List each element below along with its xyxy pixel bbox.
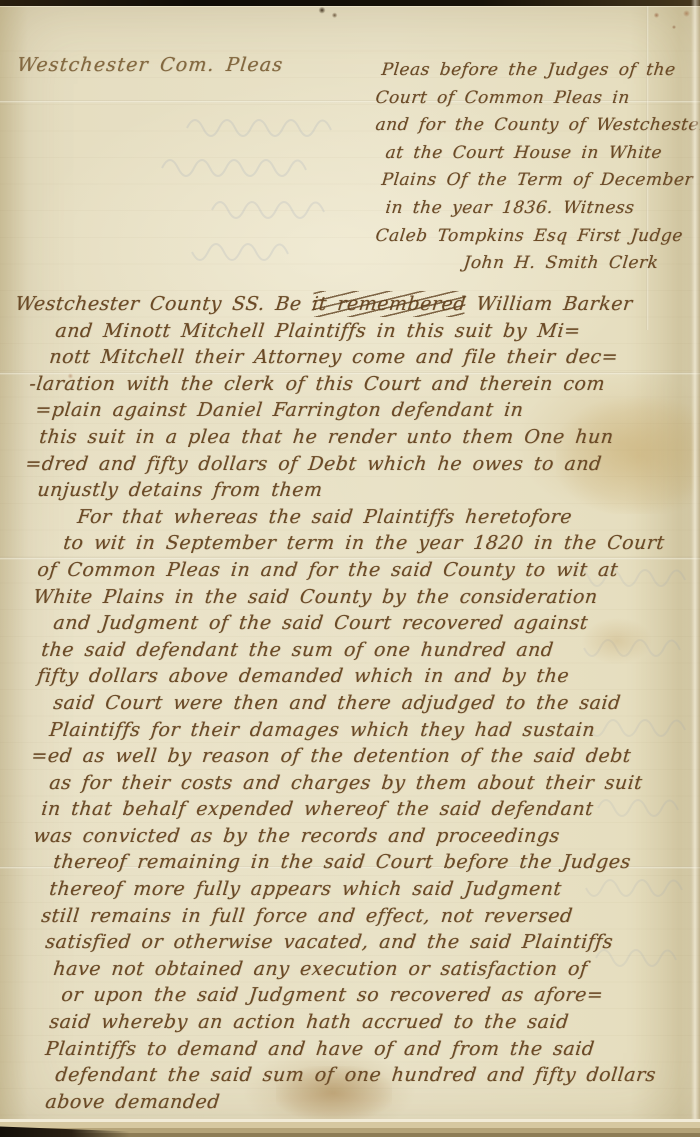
manuscript-line: Plaintiffs for their damages which they …	[14, 717, 700, 744]
photo-top-edge	[0, 0, 700, 6]
manuscript-line: White Plains in the said County by the c…	[14, 584, 700, 611]
manuscript-line: thereof more fully appears which said Ju…	[14, 876, 700, 903]
manuscript-line: said Court were then and there adjudged …	[14, 690, 700, 717]
manuscript-line: this suit in a plea that he render unto …	[14, 424, 700, 451]
manuscript-line: For that whereas the said Plaintiffs her…	[14, 504, 700, 531]
manuscript-line: was convicted as by the records and proc…	[14, 823, 700, 850]
manuscript-line: and for the County of Westchester	[374, 112, 699, 140]
manuscript-line: nott Mitchell their Attorney come and fi…	[14, 344, 700, 371]
manuscript-line: Pleas before the Judges of the	[374, 57, 699, 85]
manuscript-line: satisfied or otherwise vacated, and the …	[14, 929, 700, 956]
manuscript-line: Plaintiffs to demand and have of and fro…	[14, 1036, 700, 1063]
crossed-out-text: it remembered	[311, 293, 467, 315]
line-text: William Barker	[465, 293, 634, 315]
manuscript-line: Caleb Tompkins Esq First Judge	[374, 223, 699, 251]
declaration-body: Westchester County SS. Be it remembered …	[14, 291, 700, 1115]
docket-title: Westchester Com. Pleas	[16, 54, 284, 76]
manuscript-line: in that behalf expended whereof the said…	[14, 796, 700, 823]
manuscript-line: and Minott Mitchell Plaintiffs in this s…	[14, 318, 700, 345]
manuscript-line: fifty dollars above demanded which in an…	[14, 663, 700, 690]
manuscript-line: Westchester County SS. Be it remembered …	[14, 291, 700, 318]
rust-stain	[644, 5, 694, 39]
page-right-edge	[691, 0, 700, 1137]
manuscript-line: and Judgment of the said Court recovered…	[14, 610, 700, 637]
manuscript-line: Court of Common Pleas in	[374, 85, 699, 113]
manuscript-line: at the Court House in White	[374, 140, 699, 168]
manuscript-page: Westchester Com. Pleas Pleas before the …	[0, 0, 700, 1137]
bleed-through-writing	[36, 108, 336, 282]
manuscript-line: Plains Of the Term of December	[374, 167, 699, 195]
manuscript-line: above demanded	[14, 1089, 700, 1116]
line-text: Westchester County SS. Be	[14, 293, 313, 315]
manuscript-line: unjustly detains from them	[14, 477, 700, 504]
manuscript-line: =dred and fifty dollars of Debt which he…	[14, 451, 700, 478]
manuscript-line: to wit in September term in the year 182…	[14, 530, 700, 557]
manuscript-line: of Common Pleas in and for the said Coun…	[14, 557, 700, 584]
manuscript-line: John H. Smith Clerk	[374, 250, 699, 278]
manuscript-line: =plain against Daniel Farrington defenda…	[14, 397, 700, 424]
manuscript-line: as for their costs and charges by them a…	[14, 770, 700, 797]
manuscript-line: or upon the said Judgment so recovered a…	[14, 982, 700, 1009]
manuscript-line: thereof remaining in the said Court befo…	[14, 849, 700, 876]
caption-block: Pleas before the Judges of theCourt of C…	[374, 57, 696, 278]
manuscript-line: -laration with the clerk of this Court a…	[14, 371, 700, 398]
manuscript-line: still remains in full force and effect, …	[14, 903, 700, 930]
manuscript-line: said whereby an action hath accrued to t…	[14, 1009, 700, 1036]
manuscript-line: in the year 1836. Witness	[374, 195, 699, 223]
manuscript-line: have not obtained any execution or satis…	[14, 956, 700, 983]
manuscript-line: the said defendant the sum of one hundre…	[14, 637, 700, 664]
manuscript-line: =ed as well by reason of the detention o…	[14, 743, 700, 770]
manuscript-line: defendant the said sum of one hundred an…	[14, 1062, 700, 1089]
